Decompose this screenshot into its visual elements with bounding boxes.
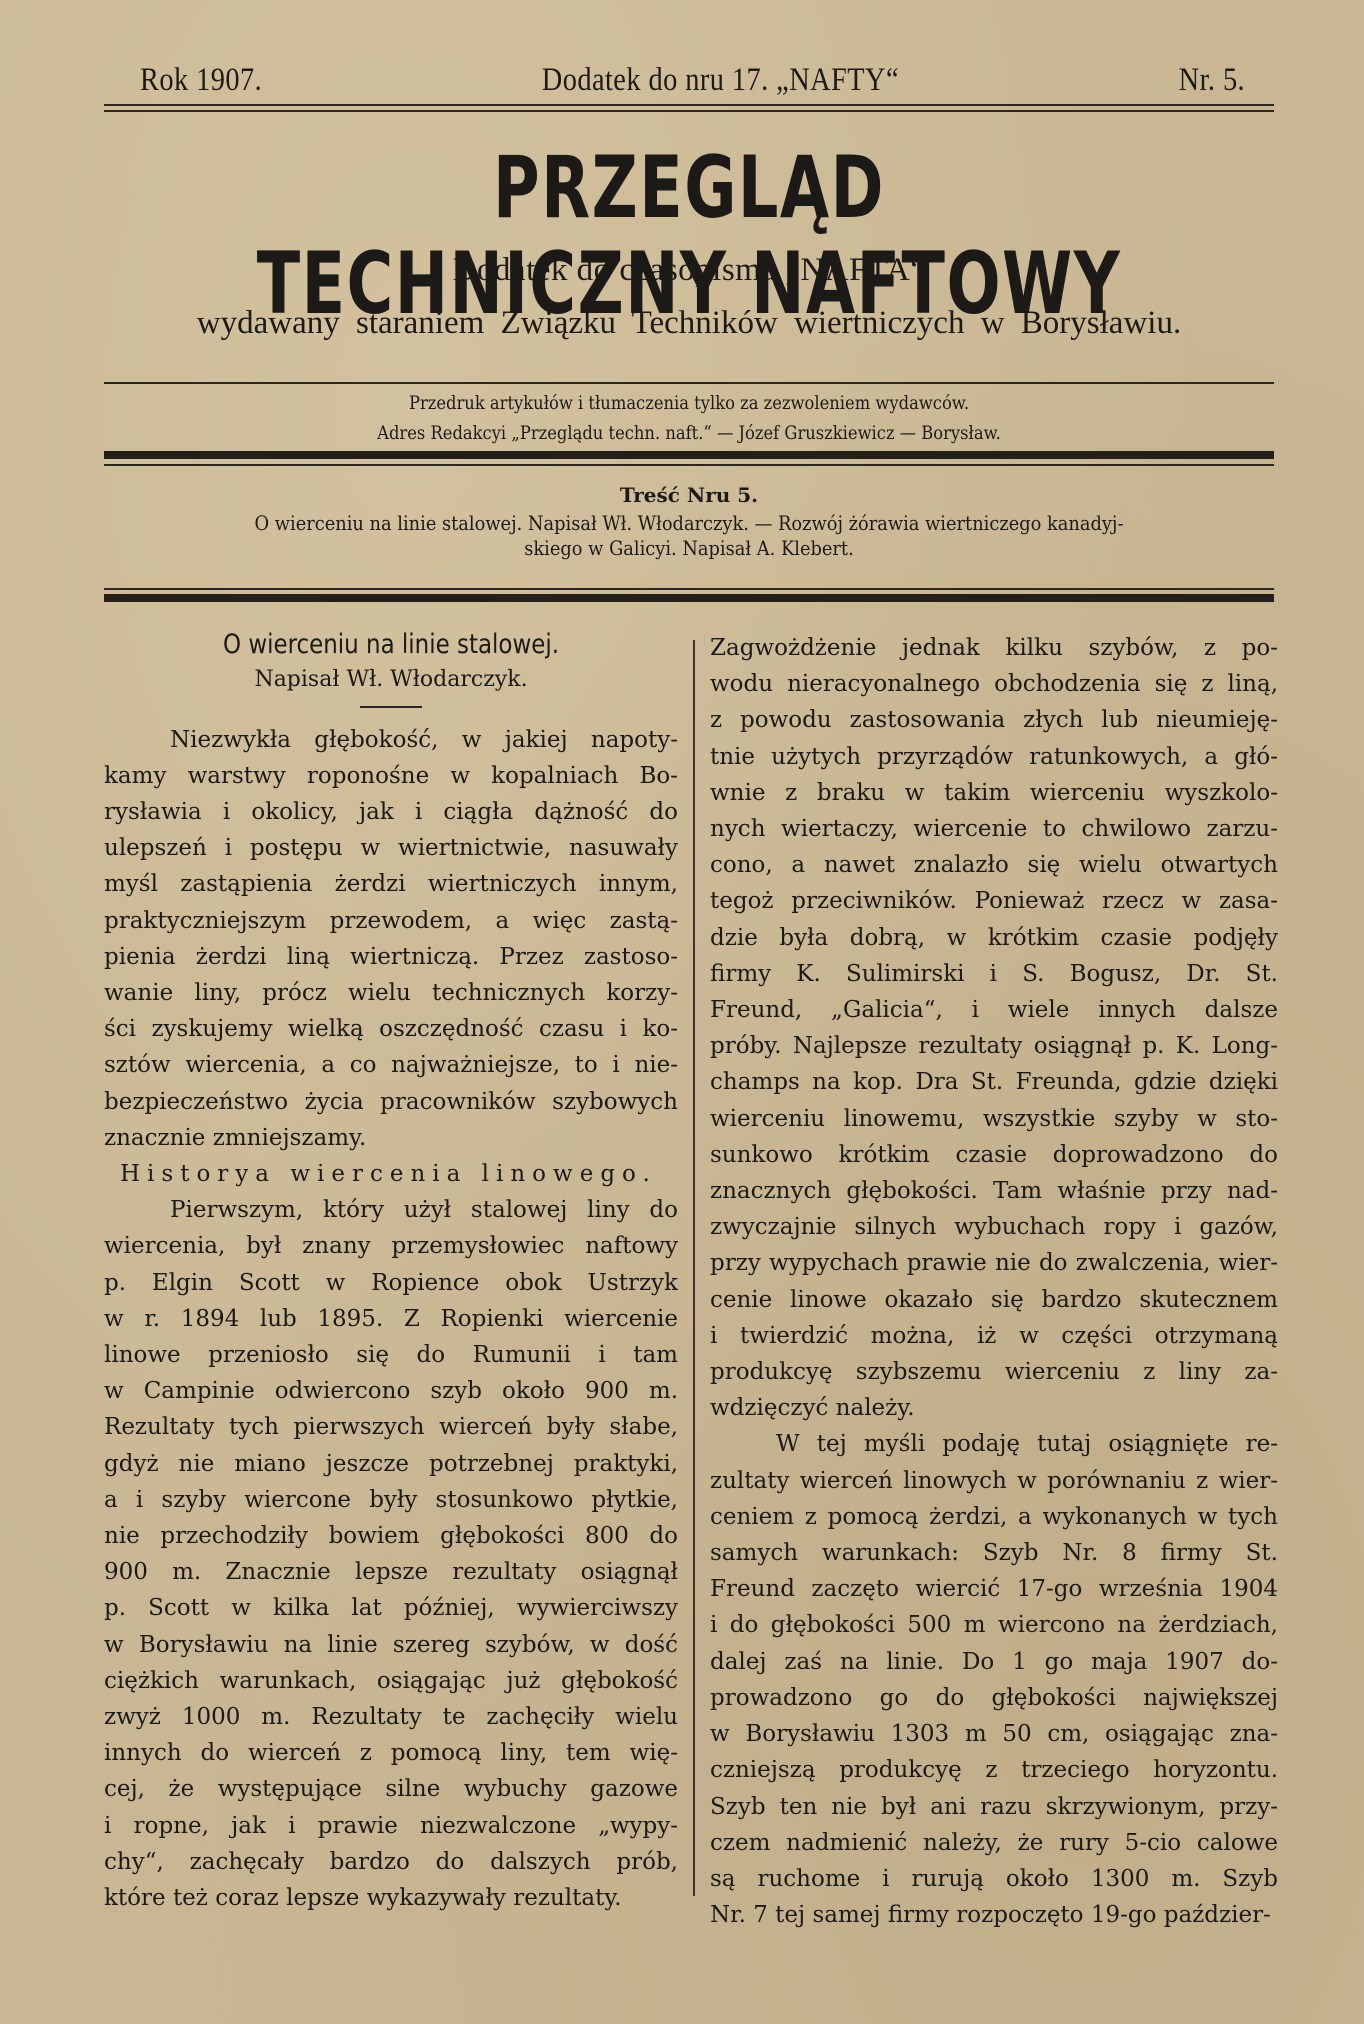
text-line: Rezultaty tych pierwszych wierceń były s… (104, 1409, 678, 1445)
contents-line-1: O wierceniu na linie stalowej. Napisał W… (168, 511, 1209, 536)
text-line: W tej myśli podaję tutaj osiągnięte re- (710, 1426, 1278, 1462)
text-line: Niezwykła głębokość, w jakiej napoty- (104, 722, 678, 758)
text-line: Szyb ten nie był ani razu skrzywionym, p… (710, 1789, 1278, 1825)
text-line: w r. 1894 lub 1895. Z Ropienki wiercenie (104, 1301, 678, 1337)
text-line: wierceniu linowemu, wszystkie szyby w st… (710, 1101, 1278, 1137)
text-line: linowe przeniosło się do Rumunii i tam (104, 1337, 678, 1373)
text-line: a i szyby wiercone były stosunkowo płytk… (104, 1482, 678, 1518)
text-line: Zagwożdżenie jednak kilku szybów, z po- (710, 630, 1278, 666)
text-line: sztów wiercenia, a co najważniejsze, to … (104, 1047, 678, 1083)
text-line: dalej zaś na linie. Do 1 go maja 1907 do… (710, 1644, 1278, 1680)
article-column-2: Zagwożdżenie jednak kilku szybów, z po-w… (710, 630, 1278, 1933)
text-line: ści zyskujemy wielką oszczędność czasu i… (104, 1011, 678, 1047)
masthead-tagline: wydawany staraniem Związku Techników wie… (104, 305, 1274, 342)
text-line: Nr. 7 tej samej firmy rozpoczęto 19-go p… (710, 1897, 1278, 1933)
notice-rule-thick (104, 451, 1274, 459)
text-line: wanie liny, prócz wielu technicznych kor… (104, 975, 678, 1011)
text-line: myśl zastąpienia żerdzi wiertniczych inn… (104, 866, 678, 902)
text-line: Freund, „Galicia“, i wiele innych dalsze (710, 992, 1278, 1028)
text-line: 900 m. Znacznie lepsze rezultaty osiągną… (104, 1554, 678, 1590)
text-line: pienia żerdzi liną wiertniczą. Przez zas… (104, 939, 678, 975)
text-line: p. Elgin Scott w Ropience obok Ustrzyk (104, 1265, 678, 1301)
article-byline: Napisał Wł. Włodarczyk. (104, 664, 678, 696)
text-line: znacznie zmniejszamy. (104, 1120, 678, 1156)
text-line: nych wiertaczy, wiercenie to chwilowo za… (710, 811, 1278, 847)
newspaper-page: Rok 1907. Dodatek do nru 17. „NAFTY“ Nr.… (0, 0, 1364, 2024)
text-line: tegoż przeciwników. Ponieważ rzecz w zas… (710, 883, 1278, 919)
text-line: praktyczniejszym przewodem, a więc zastą… (104, 903, 678, 939)
text-line: cenie linowe okazało się bardzo skuteczn… (710, 1282, 1278, 1318)
byline-separator (360, 706, 422, 708)
text-line: wiercenia, był znany przemysłowiec nafto… (104, 1228, 678, 1264)
text-line: sunkowo krótkim czasie doprowadzono do (710, 1137, 1278, 1173)
notice-rule-thin (104, 464, 1274, 466)
contents-line-2: skiego w Galicyi. Napisał A. Klebert. (168, 536, 1209, 561)
text-line: prowadzono go do głębokości największej (710, 1680, 1278, 1716)
text-line: wdzięczyć należy. (710, 1390, 1278, 1426)
text-line: znacznych głębokości. Tam właśnie przy n… (710, 1173, 1278, 1209)
header-rule-top (104, 104, 1274, 106)
text-line: bezpieczeństwo życia pracowników szybowy… (104, 1084, 678, 1120)
text-line: champs na kop. Dra St. Freunda, gdzie dz… (710, 1064, 1278, 1100)
text-line: kamy warstwy roponośne w kopalniach Bo- (104, 758, 678, 794)
text-line: są ruchome i rurują około 1300 m. Szyb (710, 1861, 1278, 1897)
text-line: czniejszą produkcyę z trzeciego horyzont… (710, 1752, 1278, 1788)
text-line: innych do wierceń z pomocą liny, tem wię… (104, 1735, 678, 1771)
text-line: Pierwszym, który użył stalowej liny do (104, 1192, 678, 1228)
text-line: z powodu zastosowania złych lub nieumiej… (710, 702, 1278, 738)
text-line: zwyczajnie silnych wybuchach ropy i gazó… (710, 1209, 1278, 1245)
text-line: w Borysławiu 1303 m 50 cm, osiągając zna… (710, 1716, 1278, 1752)
column-2-paragraph-2: W tej myśli podaję tutaj osiągnięte re-z… (710, 1426, 1278, 1933)
text-line: i do głębokości 500 m wiercono na żerdzi… (710, 1607, 1278, 1643)
contents-rule-thick (104, 594, 1274, 602)
text-line: czem nadmienić należy, że rury 5-cio cal… (710, 1825, 1278, 1861)
issue-year: Rok 1907. (140, 62, 262, 102)
reprint-notice: Przedruk artykułów i tłumaczenia tylko z… (186, 392, 1192, 414)
text-line: firmy K. Sulimirski i S. Bogusz, Dr. St. (710, 956, 1278, 992)
text-line: przy wypychach prawie nie do zwalczenia,… (710, 1245, 1278, 1281)
editorial-address: Adres Redakcyi „Przeglądu techn. naft.“ … (186, 422, 1192, 444)
issue-supplement: Dodatek do nru 17. „NAFTY“ (542, 62, 899, 102)
contents-list: O wierceniu na linie stalowej. Napisał W… (168, 511, 1209, 561)
text-line: które też coraz lepsze wykazywały rezult… (104, 1880, 678, 1916)
masthead-rule (104, 382, 1274, 384)
column-2-paragraph-1: Zagwożdżenie jednak kilku szybów, z po-w… (710, 630, 1278, 1426)
text-line: Freund zaczęto wiercić 17-go września 19… (710, 1571, 1278, 1607)
text-line: w Campinie odwiercono szyb około 900 m. (104, 1373, 678, 1409)
text-line: gdyż nie miano jeszcze potrzebnej prakty… (104, 1446, 678, 1482)
text-line: p. Scott w kilka lat później, wywierciws… (104, 1590, 678, 1626)
header-rule-bottom (104, 110, 1274, 112)
text-line: tnie użytych przyrządów ratunkowych, a g… (710, 739, 1278, 775)
text-line: zultaty wierceń linowych w porównaniu z … (710, 1463, 1278, 1499)
article-title: O wierceniu na linie stalowej. (147, 626, 635, 664)
text-line: ulepszeń i postępu w wiertnictwie, nasuw… (104, 830, 678, 866)
column-divider (693, 640, 695, 1896)
text-line: w Borysławiu na linie szereg szybów, w d… (104, 1627, 678, 1663)
text-line: chy“, zachęcały bardzo do dalszych prób, (104, 1844, 678, 1880)
text-line: próby. Najlepsze rezultaty osiągnął p. K… (710, 1028, 1278, 1064)
issue-number: Nr. 5. (1179, 62, 1245, 102)
contents-heading: Treść Nru 5. (104, 483, 1274, 507)
text-line: wnie z braku w takim wierceniu wyszkolo- (710, 775, 1278, 811)
text-line: produkcyę szybszemu wierceniu z liny za- (710, 1354, 1278, 1390)
text-line: ceniem z pomocą żerdzi, a wykonanych w t… (710, 1499, 1278, 1535)
text-line: zwyż 1000 m. Rezultaty te zachęciły wiel… (104, 1699, 678, 1735)
text-line: samych warunkach: Szyb Nr. 8 firmy St. (710, 1535, 1278, 1571)
column-1-paragraph-2: Pierwszym, który użył stalowej liny dowi… (104, 1192, 678, 1916)
text-line: cej, że występujące silne wybuchy gazowe (104, 1771, 678, 1807)
article-column-1: O wierceniu na linie stalowej. Napisał W… (104, 622, 678, 1916)
text-line: cono, a nawet znalazło się wielu otwarty… (710, 847, 1278, 883)
contents-rule-thin (104, 588, 1274, 590)
section-heading: Historya wiercenia linowego. (104, 1156, 678, 1192)
text-line: nie przechodziły bowiem głębokości 800 d… (104, 1518, 678, 1554)
masthead-subtitle: Dodatek do czasopisma „NAFTA“ (104, 252, 1274, 289)
masthead-title: PRZEGLĄD TECHNICZNY NAFTOWY (256, 140, 1122, 332)
issue-header: Rok 1907. Dodatek do nru 17. „NAFTY“ Nr.… (140, 62, 1245, 102)
text-line: dzie była dobrą, w krótkim czasie podjęł… (710, 920, 1278, 956)
column-1-paragraph-1: Niezwykła głębokość, w jakiej napoty-kam… (104, 722, 678, 1156)
text-line: wodu nieracyonalnego obchodzenia się z l… (710, 666, 1278, 702)
text-line: i ropne, jak i prawie niezwalczone „wypy… (104, 1808, 678, 1844)
text-line: i twierdzić można, iż w części otrzymaną (710, 1318, 1278, 1354)
text-line: rysławia i okolicy, jak i ciągła dążność… (104, 794, 678, 830)
text-line: ciężkich warunkach, osiągając już głębok… (104, 1663, 678, 1699)
